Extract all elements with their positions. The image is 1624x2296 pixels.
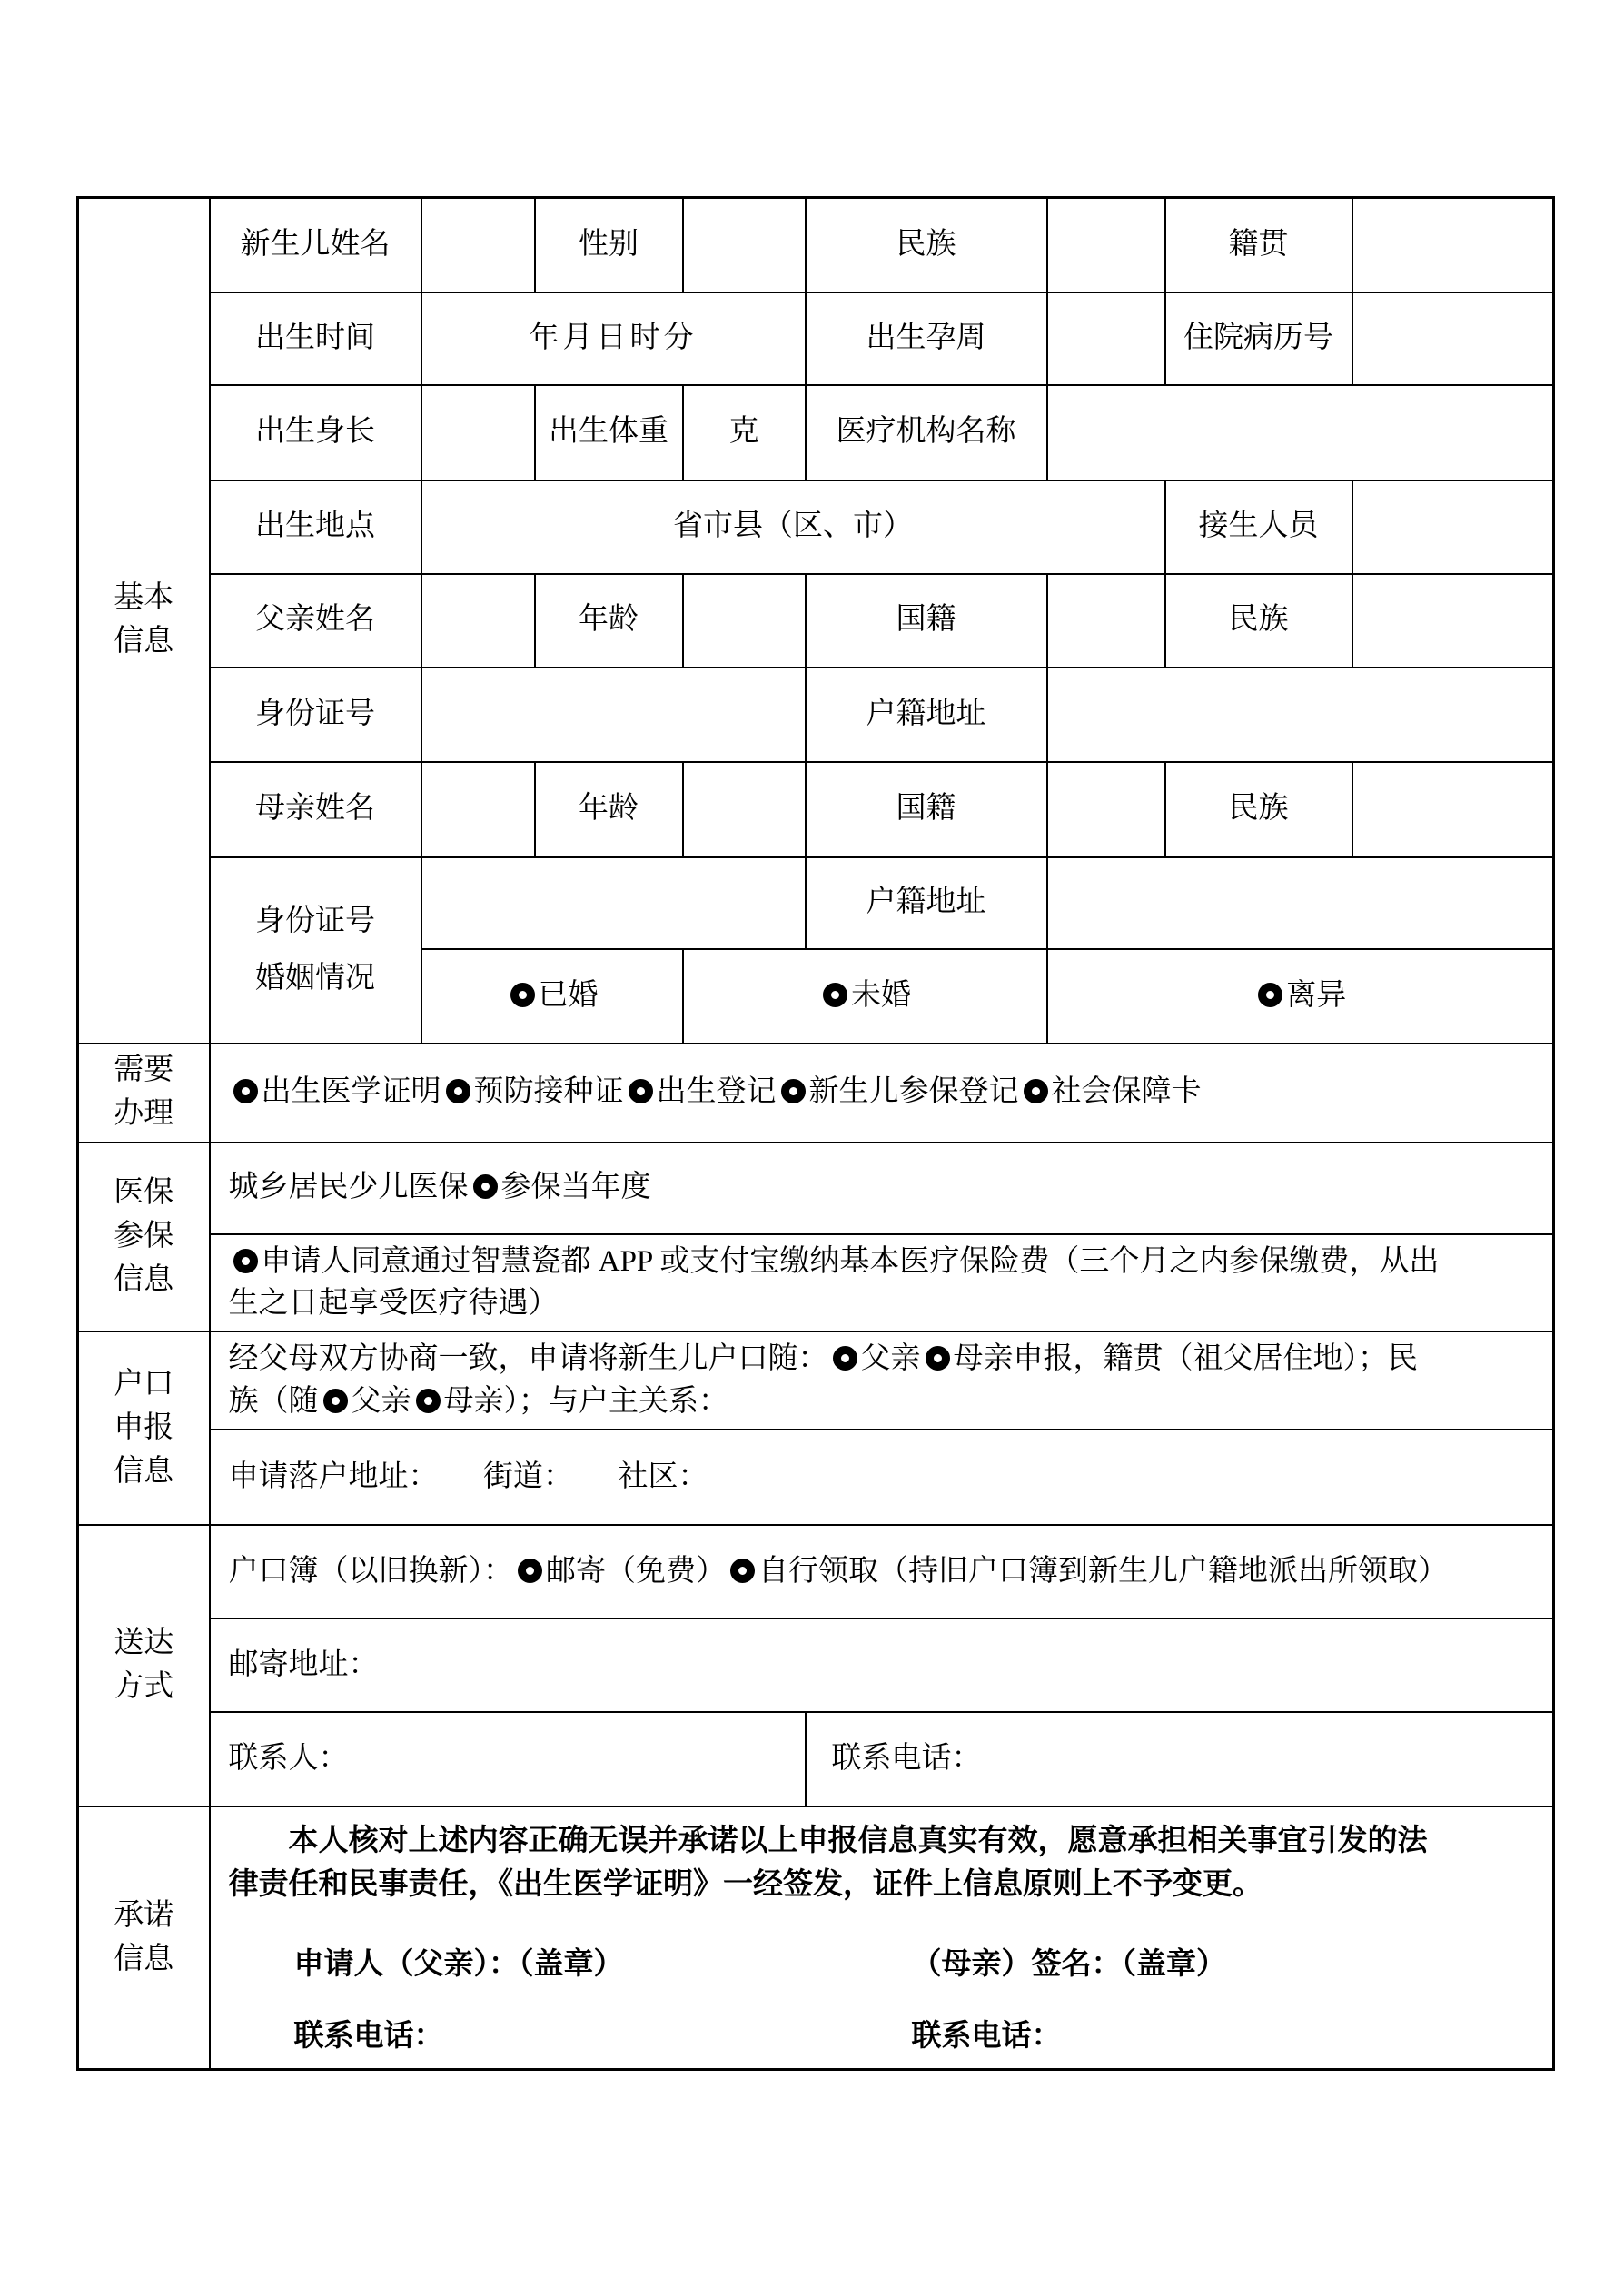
radio-icon <box>518 1559 542 1583</box>
birth-place-hint: 省市县（区、市） <box>421 480 1165 574</box>
text-segment: 族（随 <box>229 1385 319 1418</box>
father-age-field <box>683 574 806 668</box>
row-newborn: 基本 信息 新生儿姓名 性别 民族 籍贯 <box>78 198 1554 292</box>
mother-address-field <box>1047 857 1554 949</box>
newborn-registration-form-table: 基本 信息 新生儿姓名 性别 民族 籍贯 出生时间 年月日时分 出生孕周 住院病… <box>76 196 1555 2071</box>
row-delivery-2: 邮寄地址： <box>78 1618 1554 1712</box>
mother-name-field <box>421 762 535 857</box>
native-place-field <box>1352 198 1554 292</box>
text-segment: 城乡居民少儿医保 <box>229 1171 469 1203</box>
hospital-record-field <box>1352 292 1554 385</box>
document-page: 基本 信息 新生儿姓名 性别 民族 籍贯 出生时间 年月日时分 出生孕周 住院病… <box>0 0 1624 2296</box>
mother-phone-label: 联系电话： <box>912 2020 1062 2053</box>
section-label-delivery: 送达 方式 <box>78 1525 210 1806</box>
row-mother: 母亲姓名 年龄 国籍 民族 <box>78 762 1554 857</box>
text-segment: 母亲申报，籍贯（祖父居住地）；民 <box>954 1342 1419 1375</box>
text-segment: 已婚 <box>539 979 599 1012</box>
father-nationality-label: 国籍 <box>806 574 1047 668</box>
medical-insurance-agreement-cell: 申请人同意通过智慧瓷都 APP 或支付宝缴纳基本医疗保险费（三个月之内参保缴费，… <box>210 1234 1554 1332</box>
father-age-label: 年龄 <box>535 574 683 668</box>
commitment-paragraph-line1: 本人核对上述内容正确无误并承诺以上申报信息真实有效，愿意承担相关事宜引发的法 <box>289 1825 1428 1857</box>
row-delivery-1: 送达 方式 户口簿（以旧换新）：邮寄（免费）自行领取（持旧户口簿到新生儿户籍地派… <box>78 1525 1554 1618</box>
gestation-label: 出生孕周 <box>806 292 1047 385</box>
radio-icon <box>510 983 535 1007</box>
ethnicity-field <box>1047 198 1165 292</box>
birth-weight-unit: 克 <box>683 385 806 480</box>
signature-row: 申请人（父亲）：（盖章）（母亲）签名：（盖章） <box>211 1947 1553 1984</box>
row-need-items: 需要 办理 出生医学证明预防接种证出生登记新生儿参保登记社会保障卡 <box>78 1044 1554 1143</box>
mother-id-marital-label: 身份证号 婚姻情况 <box>210 857 421 1044</box>
birth-time-format-hint: 年月日时分 <box>421 292 806 385</box>
mother-ethnicity-label: 民族 <box>1165 762 1352 857</box>
text-segment: 父亲 <box>861 1342 921 1375</box>
commitment-cell: 本人核对上述内容正确无误并承诺以上申报信息真实有效，愿意承担相关事宜引发的法律责… <box>210 1806 1554 2070</box>
father-ethnicity-field <box>1352 574 1554 668</box>
section-label-hukou: 户口 申报 信息 <box>78 1331 210 1525</box>
text-segment: 生之日起享受医疗待遇） <box>229 1287 559 1320</box>
radio-icon <box>781 1079 806 1103</box>
father-ethnicity-label: 民族 <box>1165 574 1352 668</box>
row-commitment: 承诺 信息 本人核对上述内容正确无误并承诺以上申报信息真实有效，愿意承担相关事宜… <box>78 1806 1554 2070</box>
text-segment: 申请人同意通过智慧瓷都 APP 或支付宝缴纳基本医疗保险费（三个月之内参保缴费，… <box>262 1245 1440 1278</box>
birth-length-label: 出生身长 <box>210 385 421 480</box>
section-label-need: 需要 办理 <box>78 1044 210 1143</box>
text-segment: 预防接种证 <box>474 1075 624 1108</box>
row-medical-1: 医保 参保 信息 城乡居民少儿医保参保当年度 <box>78 1143 1554 1234</box>
section-label-commitment: 承诺 信息 <box>78 1806 210 2070</box>
deliverer-field <box>1352 480 1554 574</box>
hospital-record-label: 住院病历号 <box>1165 292 1352 385</box>
gestation-field <box>1047 292 1165 385</box>
father-address-label: 户籍地址 <box>806 668 1047 762</box>
radio-icon <box>1024 1079 1048 1103</box>
row-birth-place: 出生地点 省市县（区、市） 接生人员 <box>78 480 1554 574</box>
marital-married-option: 已婚 <box>421 949 683 1044</box>
mother-ethnicity-field <box>1352 762 1554 857</box>
radio-icon <box>416 1389 441 1413</box>
radio-icon <box>323 1389 348 1413</box>
medical-insurance-type-cell: 城乡居民少儿医保参保当年度 <box>210 1143 1554 1234</box>
gender-label: 性别 <box>535 198 683 292</box>
mother-address-label: 户籍地址 <box>806 857 1047 949</box>
birth-time-label: 出生时间 <box>210 292 421 385</box>
gender-field <box>683 198 806 292</box>
commitment-paragraph: 本人核对上述内容正确无误并承诺以上申报信息真实有效，愿意承担相关事宜引发的法律责… <box>229 1820 1530 1907</box>
hukou-address-cell: 申请落户地址： 街道： 社区： <box>210 1430 1554 1525</box>
mother-age-label: 年龄 <box>535 762 683 857</box>
birth-weight-label: 出生体重 <box>535 385 683 480</box>
row-hukou-1: 户口 申报 信息 经父母双方协商一致，申请将新生儿户口随：父亲母亲申报，籍贯（祖… <box>78 1331 1554 1430</box>
text-segment: 离异 <box>1286 979 1346 1012</box>
hukou-declaration-cell: 经父母双方协商一致，申请将新生儿户口随：父亲母亲申报，籍贯（祖父居住地）；民族（… <box>210 1331 1554 1430</box>
hukou-booklet-delivery-cell: 户口簿（以旧换新）：邮寄（免费）自行领取（持旧户口簿到新生儿户籍地派出所领取） <box>210 1525 1554 1618</box>
text-segment: 参保当年度 <box>501 1171 651 1203</box>
mother-nationality-field <box>1047 762 1165 857</box>
text-segment: 经父母双方协商一致，申请将新生儿户口随： <box>229 1342 828 1375</box>
radio-icon <box>823 983 847 1007</box>
father-name-field <box>421 574 535 668</box>
radio-icon <box>833 1346 857 1371</box>
text-segment: 未婚 <box>851 979 911 1012</box>
father-id-field <box>421 668 806 762</box>
row-father: 父亲姓名 年龄 国籍 民族 <box>78 574 1554 668</box>
marital-divorced-option: 离异 <box>1047 949 1554 1044</box>
radio-icon <box>629 1079 653 1103</box>
newborn-name-field <box>421 198 535 292</box>
newborn-name-label: 新生儿姓名 <box>210 198 421 292</box>
text-segment: 自行领取（持旧户口簿到新生儿户籍地派出所领取） <box>758 1555 1448 1588</box>
need-items-cell: 出生医学证明预防接种证出生登记新生儿参保登记社会保障卡 <box>210 1044 1554 1143</box>
father-id-label: 身份证号 <box>210 668 421 762</box>
mother-age-field <box>683 762 806 857</box>
text-segment: 社会保障卡 <box>1052 1075 1202 1108</box>
mother-signature-label: （母亲）签名：（盖章） <box>912 1948 1227 1981</box>
mail-address-cell: 邮寄地址： <box>210 1618 1554 1712</box>
deliverer-label: 接生人员 <box>1165 480 1352 574</box>
birth-place-label: 出生地点 <box>210 480 421 574</box>
row-medical-2: 申请人同意通过智慧瓷都 APP 或支付宝缴纳基本医疗保险费（三个月之内参保缴费，… <box>78 1234 1554 1332</box>
text-segment: 出生医学证明 <box>262 1075 441 1108</box>
father-nationality-field <box>1047 574 1165 668</box>
father-phone-label: 联系电话： <box>294 2019 912 2055</box>
mother-nationality-label: 国籍 <box>806 762 1047 857</box>
contact-person-cell: 联系人： <box>210 1712 806 1806</box>
native-place-label: 籍贯 <box>1165 198 1352 292</box>
radio-icon <box>926 1346 950 1371</box>
row-father-id: 身份证号 户籍地址 <box>78 668 1554 762</box>
contact-phone-cell: 联系电话： <box>806 1712 1554 1806</box>
row-birth-body: 出生身长 出生体重 克 医疗机构名称 <box>78 385 1554 480</box>
text-segment: 邮寄（免费） <box>546 1555 726 1588</box>
birth-length-field <box>421 385 535 480</box>
father-address-field <box>1047 668 1554 762</box>
radio-icon <box>473 1174 498 1199</box>
section-label-medical-insurance: 医保 参保 信息 <box>78 1143 210 1332</box>
mother-name-label: 母亲姓名 <box>210 762 421 857</box>
row-birth-time: 出生时间 年月日时分 出生孕周 住院病历号 <box>78 292 1554 385</box>
section-label-basic-info: 基本 信息 <box>78 198 210 1044</box>
text-segment: 新生儿参保登记 <box>809 1075 1019 1108</box>
father-signature-label: 申请人（父亲）：（盖章） <box>294 1947 912 1984</box>
radio-icon <box>1258 983 1282 1007</box>
commitment-paragraph-line2: 律责任和民事责任，《出生医学证明》一经签发，证件上信息原则上不予变更。 <box>229 1868 1263 1901</box>
father-name-label: 父亲姓名 <box>210 574 421 668</box>
medical-institution-label: 医疗机构名称 <box>806 385 1047 480</box>
ethnicity-label: 民族 <box>806 198 1047 292</box>
radio-icon <box>233 1079 258 1103</box>
row-hukou-2: 申请落户地址： 街道： 社区： <box>78 1430 1554 1525</box>
text-segment: 母亲）；与户主关系： <box>444 1385 729 1418</box>
radio-icon <box>730 1559 755 1583</box>
text-segment: 户口簿（以旧换新）： <box>229 1555 514 1588</box>
text-segment: 出生登记 <box>657 1075 777 1108</box>
mother-id-field <box>421 857 806 949</box>
radio-icon <box>233 1249 258 1273</box>
signature-phone-row: 联系电话：联系电话： <box>211 2019 1553 2055</box>
text-segment: 父亲 <box>352 1385 411 1418</box>
medical-institution-field <box>1047 385 1554 480</box>
radio-icon <box>446 1079 470 1103</box>
row-delivery-3: 联系人： 联系电话： <box>78 1712 1554 1806</box>
marital-unmarried-option: 未婚 <box>683 949 1047 1044</box>
row-mother-id: 身份证号 婚姻情况 户籍地址 <box>78 857 1554 949</box>
